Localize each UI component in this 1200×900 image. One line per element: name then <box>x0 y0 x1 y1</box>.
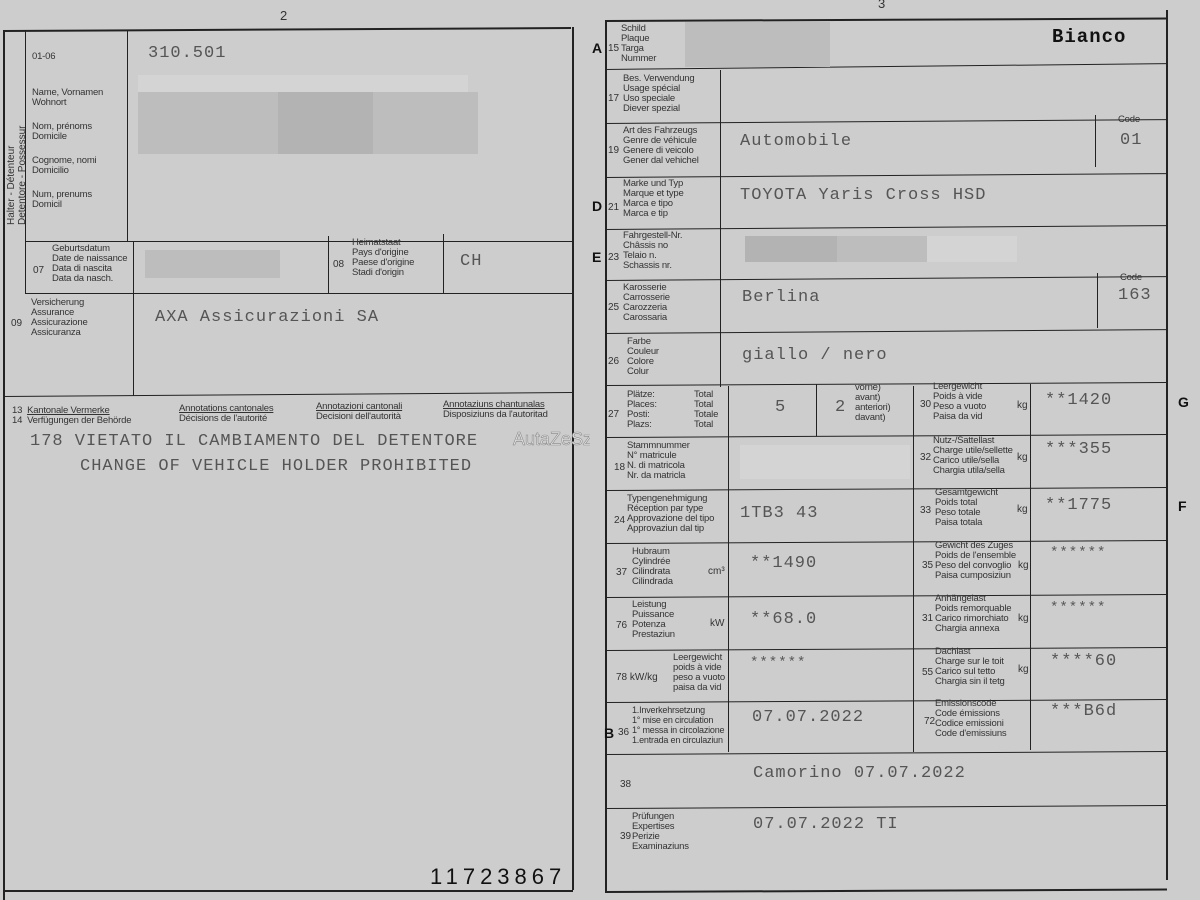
field-78-value: ****** <box>750 655 806 671</box>
field-09-value: AXA Assicurazioni SA <box>155 308 379 327</box>
redacted-name <box>138 75 468 92</box>
field-35-value: ****** <box>1050 545 1106 561</box>
field-09-labels: Versicherung Assurance Assicurazione Ass… <box>31 298 88 338</box>
marker-d: D <box>592 198 602 214</box>
field-35-labels: Gewicht des Zuges Poids de l'ensemble Pe… <box>935 541 1016 581</box>
left-page: 2 Halter - Détenteur Detentore - Possess… <box>0 0 590 900</box>
frame-right <box>572 27 574 890</box>
field-21-value: TOYOTA Yaris Cross HSD <box>740 186 986 205</box>
field-27-labels: Plätze: Places: Posti: Plazs: <box>627 390 657 430</box>
redacted-chassis <box>745 236 837 262</box>
field-01-06-code: 01-06 <box>32 52 55 62</box>
field-32-labels: Nutz-/Sattellast Charge utile/sellette C… <box>933 436 1013 476</box>
field-39-labels: Prüfungen Expertises Perizie Examinaziun… <box>632 812 689 852</box>
redacted-matricule <box>740 445 910 479</box>
field-08-value: CH <box>460 252 482 271</box>
field-24-value: 1TB3 43 <box>740 504 818 523</box>
field-13-14-value-line1: 178 VIETATO IL CAMBIAMENTO DEL DETENTORE <box>30 432 478 451</box>
field-23-labels: Fahrgestell-Nr. Châssis no Telaio n. Sch… <box>623 231 682 271</box>
frame-bottom <box>3 890 573 892</box>
field-38-value: Camorino 07.07.2022 <box>753 764 966 783</box>
field-76-labels: Leistung Puissance Potenza Prestaziun <box>632 600 675 640</box>
marker-e: E <box>592 249 601 265</box>
field-72-value: ***B6d <box>1050 702 1117 721</box>
field-13-14-value-line2: CHANGE OF VEHICLE HOLDER PROHIBITED <box>80 457 472 476</box>
field-39-value: 07.07.2022 TI <box>753 815 899 834</box>
field-30-value: **1420 <box>1045 391 1112 410</box>
field-24-labels: Typengenehmigung Réception par type Appr… <box>627 494 714 534</box>
page-number: 2 <box>280 8 287 23</box>
field-55-labels: Dachlast Charge sur le toit Carico sul t… <box>935 647 1005 687</box>
field-26-value: giallo / nero <box>742 346 888 365</box>
field-19-value: Automobile <box>740 132 852 151</box>
field-30-labels: Leergewicht Poids à vide Peso a vuoto Pa… <box>933 382 986 422</box>
field-15-value: Bianco <box>1052 26 1126 48</box>
field-26-labels: Farbe Couleur Colore Colur <box>627 337 659 377</box>
field-37-value: **1490 <box>750 554 817 573</box>
field-25-value: Berlina <box>742 288 820 307</box>
field-32-value: ***355 <box>1045 440 1112 459</box>
redacted-plate <box>685 22 830 67</box>
field-08-labels: Heimatstaat Pays d'origine Paese d'origi… <box>352 238 414 278</box>
marker-b: B <box>604 725 614 741</box>
field-36-labels: 1.Inverkehrsetzung 1° mise en circulatio… <box>632 705 724 745</box>
field-76-value: **68.0 <box>750 610 817 629</box>
field-33-value: **1775 <box>1045 496 1112 515</box>
field-31-labels: Anhängelast Poids remorquable Carico rim… <box>935 594 1011 634</box>
field-19-code: 01 <box>1120 131 1142 150</box>
field-72-labels: Emissionscode Code émissions Codice emis… <box>935 699 1006 739</box>
marker-f: F <box>1178 498 1187 514</box>
field-07-labels: Geburtsdatum Date de naissance Data di n… <box>52 244 127 284</box>
field-27-front-value: 2 <box>835 398 846 417</box>
holder-label: Halter - Détenteur Detentore - Possessur <box>6 126 28 226</box>
field-27-value: 5 <box>775 398 786 417</box>
serial-number: 11723867 <box>430 864 566 890</box>
field-33-labels: Gesamtgewicht Poids total Peso totale Pa… <box>935 488 998 528</box>
redacted-birthdate <box>145 250 280 278</box>
marker-a: A <box>592 40 602 56</box>
field-17-labels: Bes. Verwendung Usage spécial Uso specia… <box>623 74 694 114</box>
field-55-value: ****60 <box>1050 652 1117 671</box>
field-37-labels: Hubraum Cylindrée Cilindrata Cilindrada <box>632 547 673 587</box>
frame-top <box>3 27 571 31</box>
field-25-code: 163 <box>1118 286 1152 305</box>
right-page: 3 A D E B G F 15 Schild Plaque Targa Num… <box>590 0 1200 900</box>
field-31-value: ****** <box>1050 600 1106 616</box>
page-number: 3 <box>878 0 885 11</box>
field-78-labels: Leergewicht poids à vide peso a vuoto pa… <box>673 653 725 693</box>
marker-g: G <box>1178 394 1189 410</box>
name-labels: Name, Vornamen Wohnort Nom, prénoms Domi… <box>32 88 103 210</box>
frame-left <box>3 31 5 900</box>
field-36-value: 07.07.2022 <box>752 708 864 727</box>
field-01-06-value: 310.501 <box>148 44 226 63</box>
field-25-labels: Karosserie Carrosserie Carozzeria Caross… <box>623 283 670 323</box>
field-21-labels: Marke und Typ Marque et type Marca e tip… <box>623 179 684 219</box>
field-18-labels: Stammnummer N° matricule N. di matricola… <box>627 441 690 481</box>
field-19-labels: Art des Fahrzeugs Genre de véhicule Gene… <box>623 126 699 166</box>
field-15-labels: Schild Plaque Targa Nummer <box>621 24 656 64</box>
